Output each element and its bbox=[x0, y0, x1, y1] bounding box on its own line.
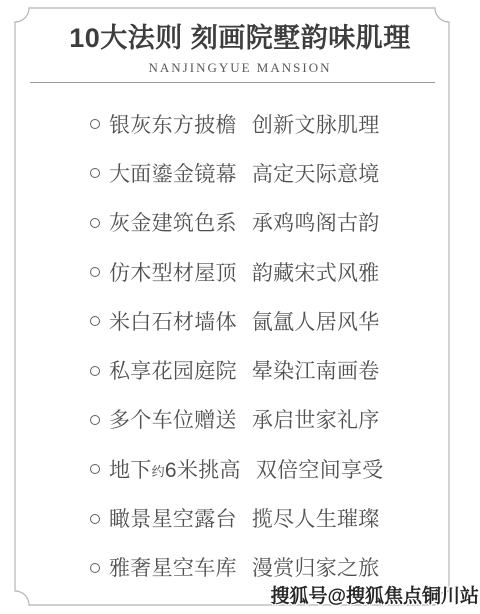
rule-left-text: 银灰东方披檐 bbox=[109, 109, 237, 139]
rule-left-text: 私享花园庭院 bbox=[109, 355, 237, 385]
circle-bullet-icon bbox=[90, 168, 100, 178]
rule-left-text: 地下约6米挑高 bbox=[109, 454, 241, 484]
rule-left-text: 灰金建筑色系 bbox=[109, 207, 237, 237]
rule-right-text: 揽尽人生璀璨 bbox=[252, 503, 380, 533]
rule-left-prefix: 地下 bbox=[109, 459, 152, 482]
circle-bullet-icon bbox=[90, 514, 100, 524]
promo-poster: 10大法则 刻画院墅韵味肌理 NANJINGYUE MANSION 银灰东方披檐… bbox=[0, 0, 480, 614]
rule-right-text: 氤氲人居风华 bbox=[252, 306, 380, 336]
rule-left-text: 大面鎏金镜幕 bbox=[109, 158, 237, 188]
rule-left-text: 仿木型材屋顶 bbox=[109, 257, 237, 287]
subtitle: NANJINGYUE MANSION bbox=[0, 58, 480, 78]
rule-right-text: 承启世家礼序 bbox=[252, 404, 380, 434]
list-item: 地下约6米挑高 双倍空间享受 bbox=[90, 444, 384, 493]
circle-bullet-icon bbox=[90, 218, 100, 228]
rule-right-text: 创新文脉肌理 bbox=[252, 109, 380, 139]
rule-right-text: 承鸡鸣阁古韵 bbox=[252, 207, 380, 237]
list-item: 多个车位赠送 承启世家礼序 bbox=[90, 395, 384, 444]
circle-bullet-icon bbox=[90, 267, 100, 277]
separator-line bbox=[30, 82, 435, 83]
circle-bullet-icon bbox=[90, 119, 100, 129]
list-item: 银灰东方披檐 创新文脉肌理 bbox=[90, 99, 384, 148]
circle-bullet-icon bbox=[90, 563, 100, 573]
rule-right-text: 晕染江南画卷 bbox=[252, 355, 380, 385]
rule-right-text: 高定天际意境 bbox=[252, 158, 380, 188]
circle-bullet-icon bbox=[90, 415, 100, 425]
list-item: 灰金建筑色系 承鸡鸣阁古韵 bbox=[90, 198, 384, 247]
approx-note: 约 bbox=[152, 464, 165, 479]
rules-list: 银灰东方披檐 创新文脉肌理 大面鎏金镜幕 高定天际意境 灰金建筑色系 承鸡鸣阁古… bbox=[90, 99, 384, 592]
rule-right-text: 漫赏归家之旅 bbox=[252, 552, 380, 582]
circle-bullet-icon bbox=[90, 316, 100, 326]
list-item: 瞰景星空露台 揽尽人生璀璨 bbox=[90, 493, 384, 542]
rule-left-text: 瞰景星空露台 bbox=[109, 503, 237, 533]
list-item: 仿木型材屋顶 韵藏宋式风雅 bbox=[90, 247, 384, 296]
page-title: 10大法则 刻画院墅韵味肌理 bbox=[0, 21, 480, 56]
rule-left-suffix: 6米挑高 bbox=[165, 459, 241, 482]
rule-right-text: 韵藏宋式风雅 bbox=[252, 257, 380, 287]
list-item: 米白石材墙体 氤氲人居风华 bbox=[90, 296, 384, 345]
list-item: 大面鎏金镜幕 高定天际意境 bbox=[90, 148, 384, 197]
circle-bullet-icon bbox=[90, 366, 100, 376]
list-item: 私享花园庭院 晕染江南画卷 bbox=[90, 345, 384, 394]
watermark: 搜狐号@搜狐焦点铜川站 bbox=[270, 584, 479, 610]
rule-right-text: 双倍空间享受 bbox=[256, 454, 384, 484]
header: 10大法则 刻画院墅韵味肌理 NANJINGYUE MANSION bbox=[0, 0, 480, 78]
rule-left-text: 米白石材墙体 bbox=[109, 306, 237, 336]
rule-left-text: 雅奢星空车库 bbox=[109, 552, 237, 582]
rule-left-text: 多个车位赠送 bbox=[109, 404, 237, 434]
circle-bullet-icon bbox=[90, 464, 100, 474]
